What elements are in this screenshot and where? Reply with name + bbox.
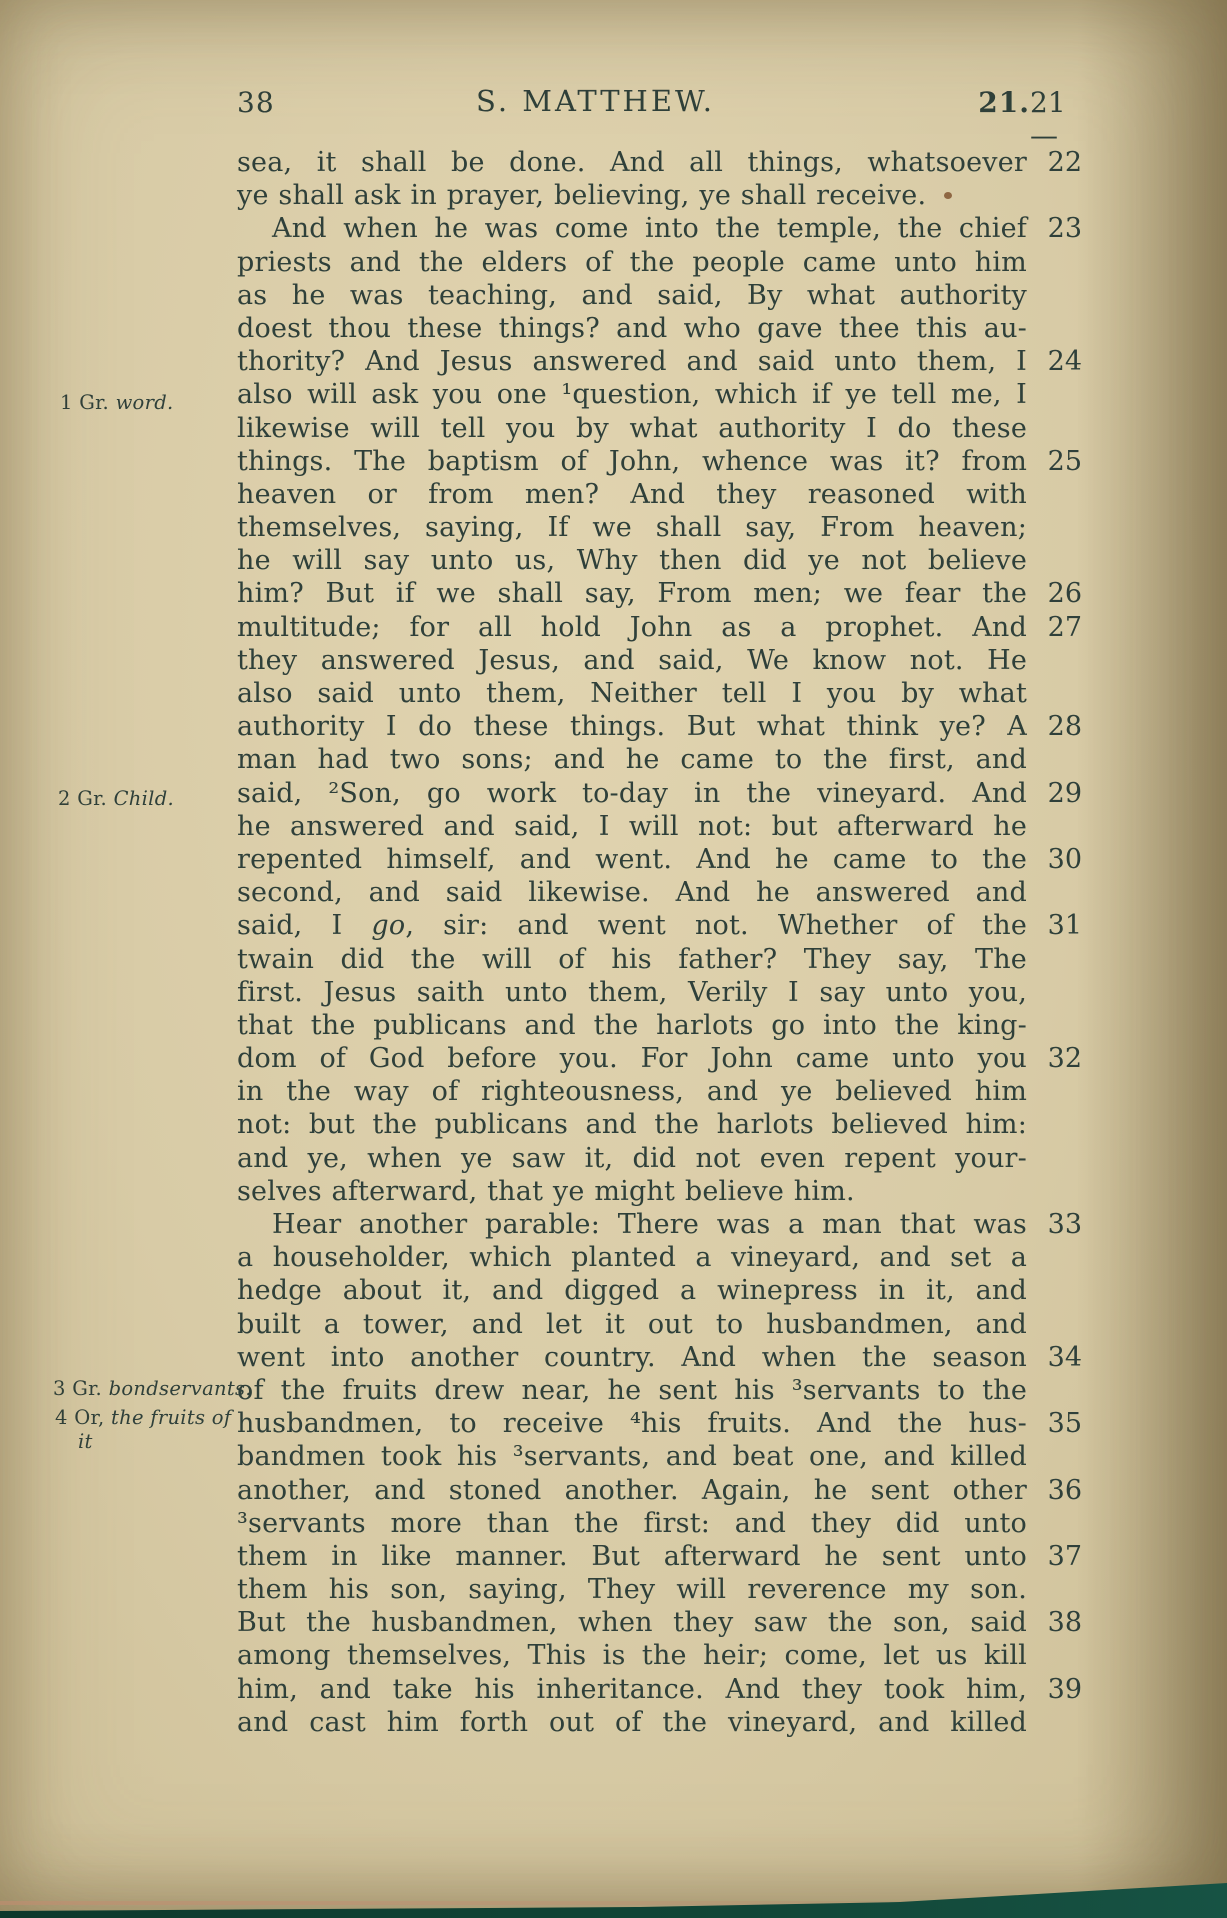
line-text: they answered Jesus, and said, We know n… <box>237 644 1027 677</box>
line-text: and ye, when ye saw it, did not even rep… <box>237 1142 1027 1175</box>
text-line: things. The baptism of John, whence was … <box>237 445 1082 478</box>
line-text: selves afterward, that ye might believe … <box>237 1175 1027 1208</box>
line-text: dom of God before you. For John came unt… <box>237 1042 1027 1075</box>
text-line: said, I go, sir: and went not. Whether o… <box>237 909 1082 942</box>
verse-number: 39 <box>1030 1673 1082 1706</box>
text-line: him, and take his inheritance. And they … <box>237 1673 1082 1706</box>
text-line: doest thou these things? and who gave th… <box>237 312 1082 345</box>
text-line: selves afterward, that ye might believe … <box>237 1175 1082 1208</box>
text-line: said, ²Son, go work to-day in the vineya… <box>237 777 1082 810</box>
text-line: among themselves, This is the heir; come… <box>237 1639 1082 1672</box>
line-text: man had two sons; and he came to the fir… <box>237 743 1027 776</box>
verse-number: 35 <box>1030 1407 1082 1440</box>
verse-number: 25 <box>1030 445 1082 478</box>
text-line: also will ask you one ¹question, which i… <box>237 378 1082 411</box>
text-line: that the publicans and the harlots go in… <box>237 1009 1082 1042</box>
line-text: built a tower, and let it out to husband… <box>237 1308 1027 1341</box>
line-text: them in like manner. But afterward he se… <box>237 1540 1027 1573</box>
line-text: another, and stoned another. Again, he s… <box>237 1474 1027 1507</box>
line-text: priests and the elders of the people cam… <box>237 246 1027 279</box>
line-text: heaven or from men? And they reasoned wi… <box>237 478 1027 511</box>
text-line: went into another country. And when the … <box>237 1341 1082 1374</box>
text-line: bandmen took his ³servants, and beat one… <box>237 1440 1082 1473</box>
text-line: of the fruits drew near, he sent his ³se… <box>237 1374 1082 1407</box>
line-text: went into another country. And when the … <box>237 1341 1027 1374</box>
text-line: man had two sons; and he came to the fir… <box>237 743 1082 776</box>
verse-number: 24 <box>1030 345 1082 378</box>
line-text: also will ask you one ¹question, which i… <box>237 378 1027 411</box>
crease-line <box>0 1901 990 1905</box>
verse-number: 33 <box>1030 1208 1082 1241</box>
text-line: twain did the will of his father? They s… <box>237 943 1082 976</box>
body-text: sea, it shall be done. And all things, w… <box>237 146 1082 1739</box>
margin-note: 1 Gr. word. <box>60 391 174 414</box>
verse-number: 28 <box>1030 710 1082 743</box>
text-line: themselves, saying, If we shall say, Fro… <box>237 511 1082 544</box>
text-line: sea, it shall be done. And all things, w… <box>237 146 1082 179</box>
text-line: heaven or from men? And they reasoned wi… <box>237 478 1082 511</box>
line-text: that the publicans and the harlots go in… <box>237 1009 1027 1042</box>
page-edge-shadow <box>1077 0 1227 1918</box>
text-line: in the way of righteousness, and ye beli… <box>237 1075 1082 1108</box>
text-line: he answered and said, I will not: but af… <box>237 810 1082 843</box>
text-line: Hear another parable: There was a man th… <box>237 1208 1082 1241</box>
text-line: them his son, saying, They will reverenc… <box>237 1573 1082 1606</box>
line-text: repented himself, and went. And he came … <box>237 843 1027 876</box>
line-text: not: but the publicans and the harlots b… <box>237 1108 1027 1141</box>
margin-note: 2 Gr. Child. <box>58 787 174 810</box>
text-line: hedge about it, and digged a winepress i… <box>237 1274 1082 1307</box>
line-text: a householder, which planted a vineyard,… <box>237 1241 1027 1274</box>
text-line: and cast him forth out of the vineyard, … <box>237 1706 1082 1739</box>
line-text: second, and said likewise. And he answer… <box>237 876 1027 909</box>
line-text: he will say unto us, Why then did ye not… <box>237 544 1027 577</box>
verse-number: 32 <box>1030 1042 1082 1075</box>
text-line: also said unto them, Neither tell I you … <box>237 677 1082 710</box>
text-line: priests and the elders of the people cam… <box>237 246 1082 279</box>
text-line: built a tower, and let it out to husband… <box>237 1308 1082 1341</box>
line-text: and cast him forth out of the vineyard, … <box>237 1706 1027 1739</box>
text-line: not: but the publicans and the harlots b… <box>237 1108 1082 1141</box>
line-text: thority? And Jesus answered and said unt… <box>237 345 1027 378</box>
text-line: ye shall ask in prayer, believing, ye sh… <box>237 179 1082 212</box>
verse-number: 30 <box>1030 843 1082 876</box>
line-text: bandmen took his ³servants, and beat one… <box>237 1440 1027 1473</box>
text-line: second, and said likewise. And he answer… <box>237 876 1082 909</box>
text-line: husbandmen, to receive ⁴his fruits. And … <box>237 1407 1082 1440</box>
line-text: him, and take his inheritance. And they … <box>237 1673 1027 1706</box>
text-line: first. Jesus saith unto them, Verily I s… <box>237 976 1082 1009</box>
text-line: they answered Jesus, and said, We know n… <box>237 644 1082 677</box>
line-text: likewise will tell you by what authority… <box>237 412 1027 445</box>
line-text: of the fruits drew near, he sent his ³se… <box>237 1374 1027 1407</box>
text-line: thority? And Jesus answered and said unt… <box>237 345 1082 378</box>
line-text: themselves, saying, If we shall say, Fro… <box>237 511 1027 544</box>
verse-number: 23 <box>1030 212 1082 245</box>
line-text: ³servants more than the first: and they … <box>237 1507 1027 1540</box>
text-line: dom of God before you. For John came unt… <box>237 1042 1082 1075</box>
verse-number: 29 <box>1030 777 1082 810</box>
line-text: hedge about it, and digged a winepress i… <box>237 1274 1027 1307</box>
text-line: a householder, which planted a vineyard,… <box>237 1241 1082 1274</box>
line-text: husbandmen, to receive ⁴his fruits. And … <box>237 1407 1027 1440</box>
line-text: among themselves, This is the heir; come… <box>237 1639 1027 1672</box>
line-text: But the husbandmen, when they saw the so… <box>237 1606 1027 1639</box>
verse-number: 37 <box>1030 1540 1082 1573</box>
book-page-scan: 38 S. MATTHEW. 21. 21— 1 Gr. word.2 Gr. … <box>0 0 1227 1918</box>
margin-note: 4 Or, the fruits of <box>55 1406 231 1429</box>
margin-note: it <box>78 1430 93 1453</box>
margin-note: 3 Gr. bondservants. <box>53 1377 252 1400</box>
text-line: likewise will tell you by what authority… <box>237 412 1082 445</box>
line-text: them his son, saying, They will reverenc… <box>237 1573 1027 1606</box>
text-line: them in like manner. But afterward he se… <box>237 1540 1082 1573</box>
line-text: said, ²Son, go work to-day in the vineya… <box>237 777 1027 810</box>
line-text: said, I go, sir: and went not. Whether o… <box>237 909 1027 942</box>
verse-number: 27 <box>1030 611 1082 644</box>
text-line: he will say unto us, Why then did ye not… <box>237 544 1082 577</box>
line-text: And when he was come into the temple, th… <box>237 212 1027 245</box>
text-line: But the husbandmen, when they saw the so… <box>237 1606 1082 1639</box>
text-line: multitude; for all hold John as a prophe… <box>237 611 1082 644</box>
chapter-reference: 21. 21— <box>978 86 1030 119</box>
verse-number: 38 <box>1030 1606 1082 1639</box>
verse-range: 21— <box>1030 86 1066 152</box>
verse-number: 26 <box>1030 577 1082 610</box>
verse-number: 36 <box>1030 1474 1082 1507</box>
line-text: doest thou these things? and who gave th… <box>237 312 1027 345</box>
line-text: he answered and said, I will not: but af… <box>237 810 1027 843</box>
line-text: as he was teaching, and said, By what au… <box>237 279 1027 312</box>
chapter-number: 21. <box>978 86 1030 119</box>
line-text: in the way of righteousness, and ye beli… <box>237 1075 1027 1108</box>
text-line: And when he was come into the temple, th… <box>237 212 1082 245</box>
line-text: multitude; for all hold John as a prophe… <box>237 611 1027 644</box>
text-line: and ye, when ye saw it, did not even rep… <box>237 1142 1082 1175</box>
text-line: another, and stoned another. Again, he s… <box>237 1474 1082 1507</box>
line-text: Hear another parable: There was a man th… <box>237 1208 1027 1241</box>
line-text: authority I do these things. But what th… <box>237 710 1027 743</box>
text-line: authority I do these things. But what th… <box>237 710 1082 743</box>
text-line: as he was teaching, and said, By what au… <box>237 279 1082 312</box>
verse-number: 22 <box>1030 146 1082 179</box>
line-text: him? But if we shall say, From men; we f… <box>237 577 1027 610</box>
text-line: ³servants more than the first: and they … <box>237 1507 1082 1540</box>
text-line: him? But if we shall say, From men; we f… <box>237 577 1082 610</box>
verse-number: 31 <box>1030 909 1082 942</box>
line-text: sea, it shall be done. And all things, w… <box>237 146 1027 179</box>
line-text: twain did the will of his father? They s… <box>237 943 1027 976</box>
text-line: repented himself, and went. And he came … <box>237 843 1082 876</box>
line-text: ye shall ask in prayer, believing, ye sh… <box>237 179 1027 212</box>
verse-number: 34 <box>1030 1341 1082 1374</box>
line-text: also said unto them, Neither tell I you … <box>237 677 1027 710</box>
line-text: things. The baptism of John, whence was … <box>237 445 1027 478</box>
line-text: first. Jesus saith unto them, Verily I s… <box>237 976 1027 1009</box>
